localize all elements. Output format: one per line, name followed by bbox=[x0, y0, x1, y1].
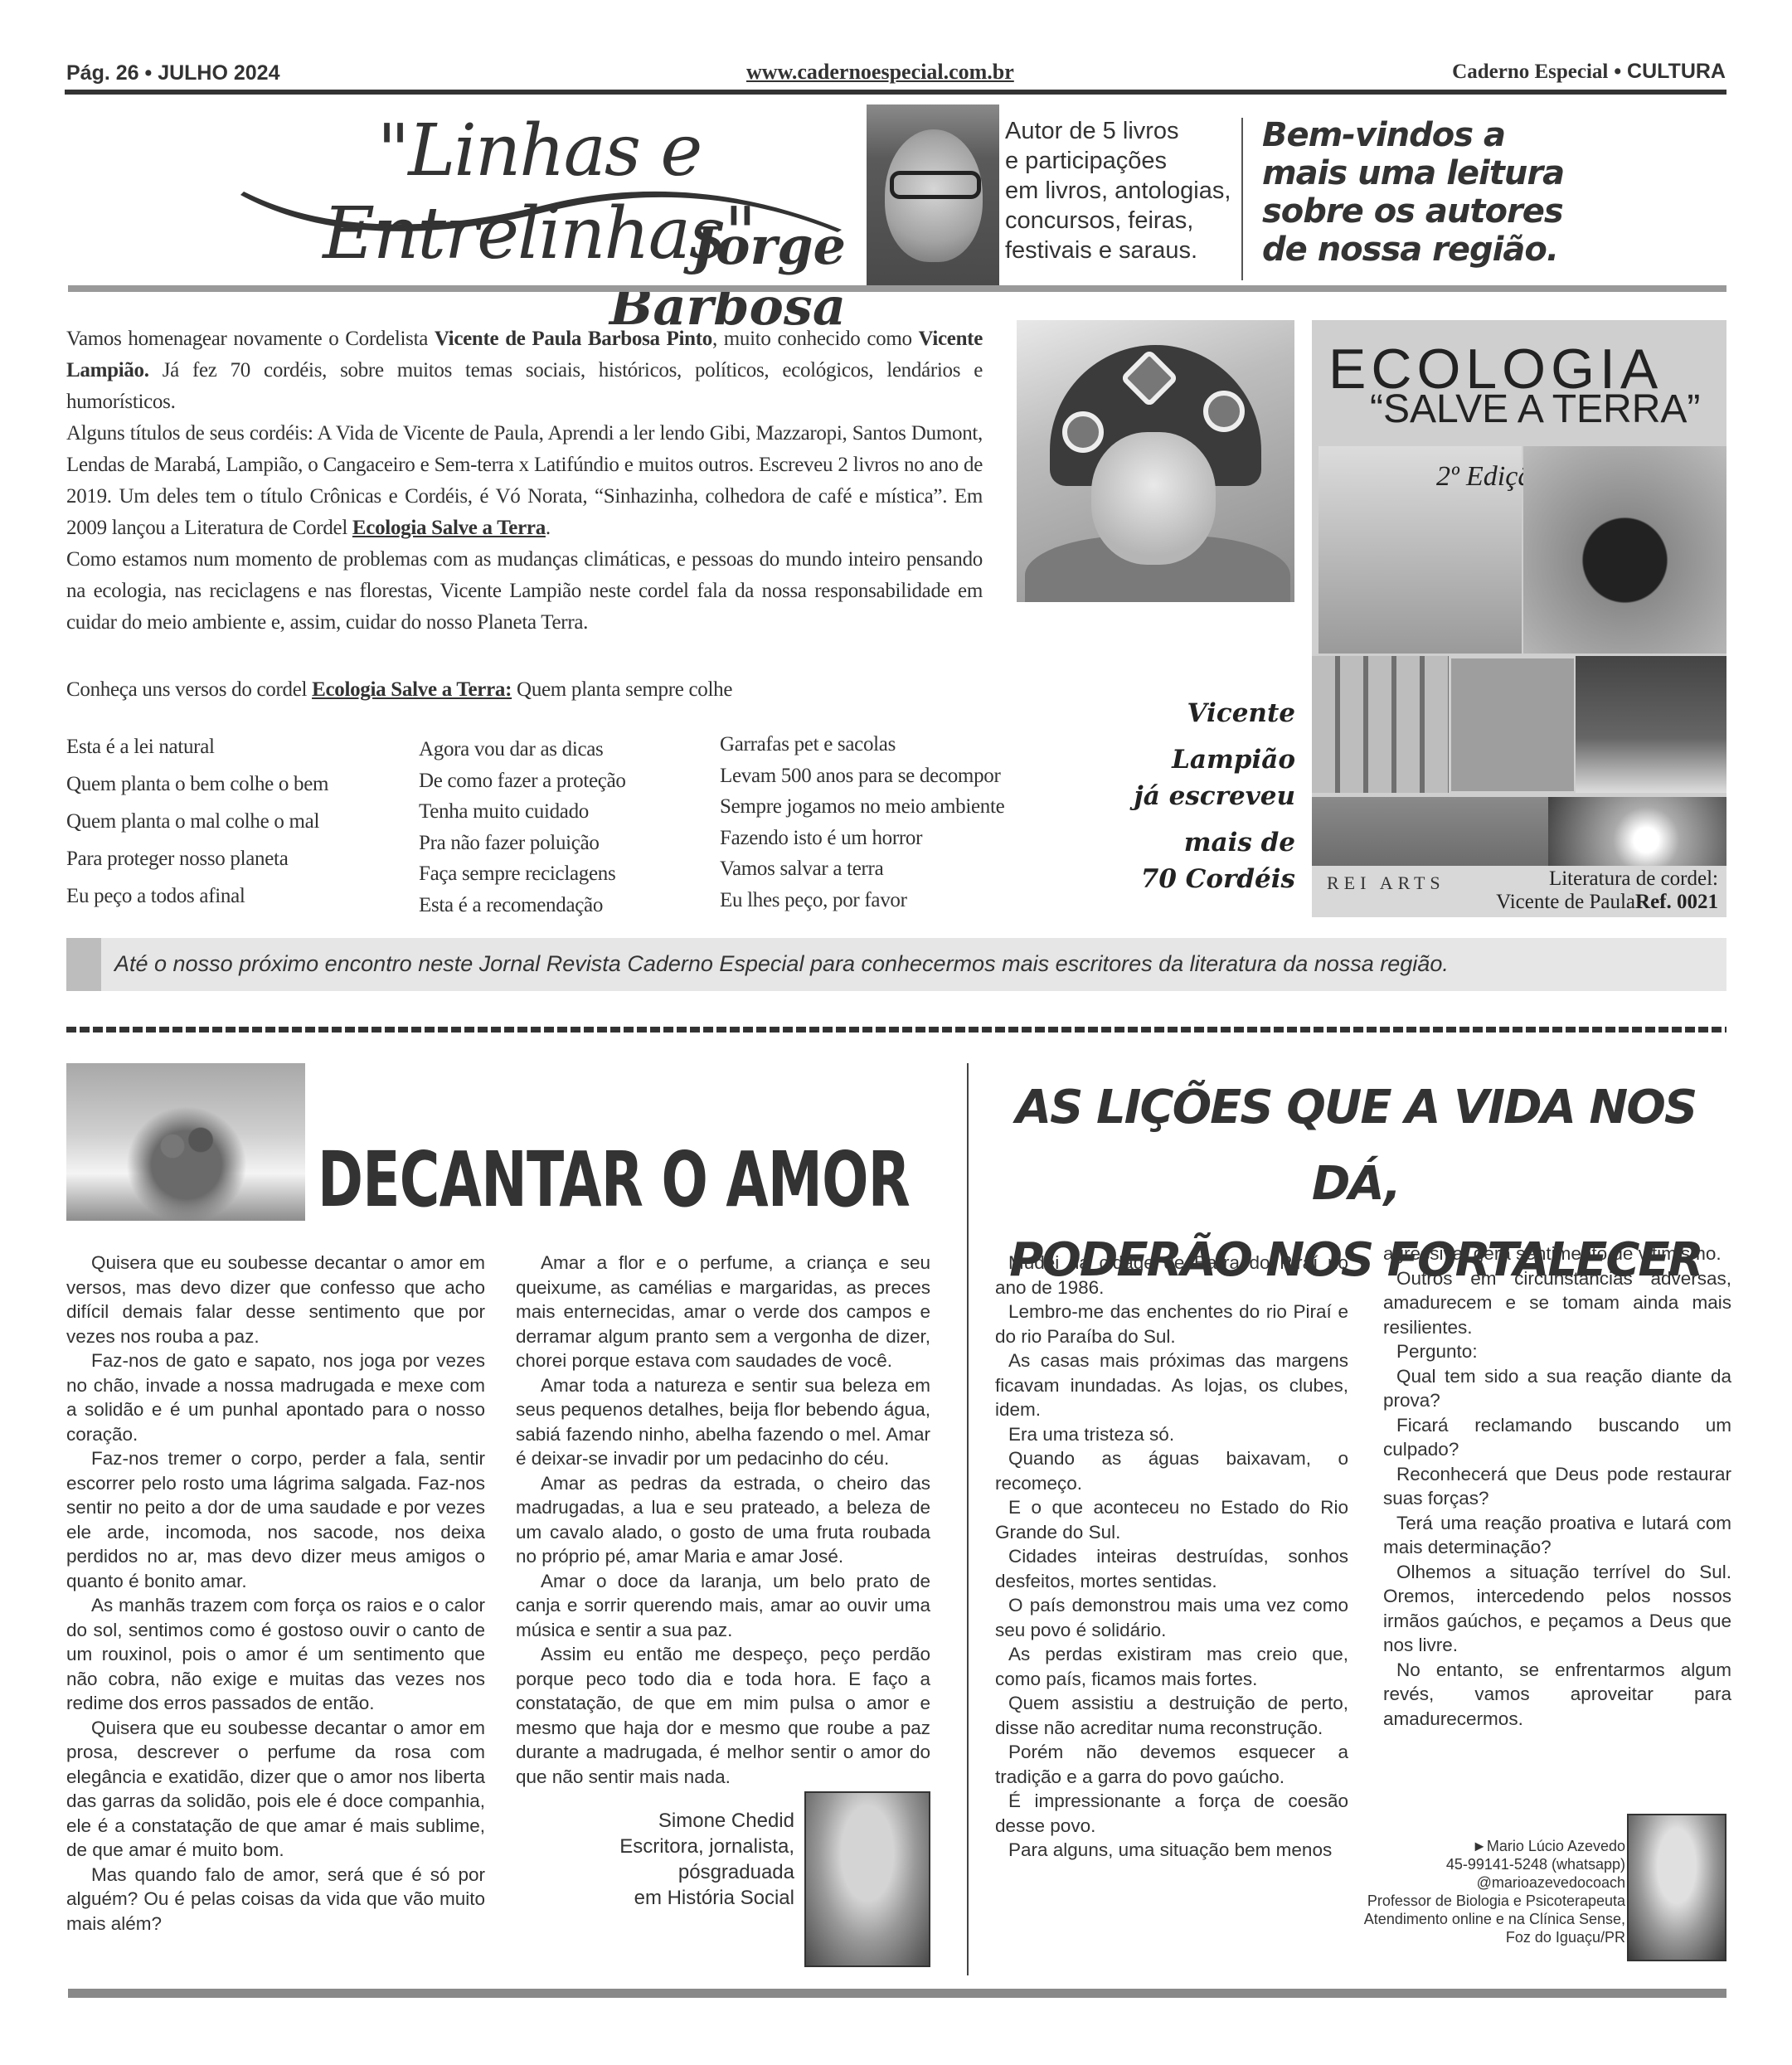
flowers-book-image bbox=[66, 1063, 305, 1221]
article-column: agressiva, gera sentimento de vitimismo.… bbox=[1383, 1241, 1731, 1731]
divider bbox=[1241, 118, 1243, 280]
intro-paragraph: Alguns títulos de seus cordéis: A Vida d… bbox=[66, 418, 983, 544]
page-date: Pág. 26 • JULHO 2024 bbox=[66, 61, 279, 85]
author-signature: ►Mario Lúcio Azevedo45-99141-5248 (whats… bbox=[1343, 1837, 1625, 1946]
article-column: Amar a flor e o perfume, a criança e seu… bbox=[516, 1251, 930, 1789]
brand-name: Caderno Especial bbox=[1452, 61, 1608, 83]
intro-paragraph: Vamos homenagear novamente o Cordelista … bbox=[66, 323, 983, 418]
section-name: CULTURA bbox=[1627, 60, 1726, 83]
dashed-separator bbox=[66, 1027, 1726, 1032]
column-divider bbox=[967, 1063, 969, 1975]
welcome-message: Bem-vindos a mais uma leitura sobre os a… bbox=[1262, 116, 1564, 269]
bottom-rule bbox=[68, 1989, 1726, 1998]
author-photo bbox=[1627, 1814, 1726, 1961]
verse-column-2: Agora vou dar as dicasDe como fazer a pr… bbox=[419, 738, 626, 925]
section-rule bbox=[68, 285, 1726, 292]
author-photo bbox=[867, 104, 999, 285]
top-rule bbox=[65, 90, 1726, 95]
verse-column-3: Garrafas pet e sacolasLevam 500 anos par… bbox=[720, 733, 1004, 920]
pull-quote: Vicente Lampião já escreveu mais de 70 C… bbox=[1111, 695, 1295, 897]
section-label: Caderno Especial • CULTURA bbox=[1452, 60, 1726, 84]
publisher-logo: REI ARTS bbox=[1327, 872, 1445, 894]
column-author: Jorge Barbosa bbox=[464, 216, 846, 337]
intro-paragraph: Como estamos num momento de problemas co… bbox=[66, 544, 983, 639]
author-bio: Autor de 5 livros e participações em liv… bbox=[1005, 116, 1231, 265]
article-column: Quisera que eu soubesse decantar o amor … bbox=[66, 1251, 485, 1936]
separator: • bbox=[1608, 60, 1627, 83]
accent-bar bbox=[66, 938, 101, 991]
verses-intro: Conheça uns versos do cordel Ecologia Sa… bbox=[66, 678, 732, 702]
cordel-title-link: Ecologia Salve a Terra bbox=[352, 517, 546, 539]
author-photo bbox=[804, 1791, 930, 1967]
article-column: Mudei da cidade de Barra do Piraí no ano… bbox=[995, 1251, 1348, 1863]
verse-column-1: Esta é a lei naturalQuem planta o bem co… bbox=[66, 736, 328, 922]
cordel-title-link: Ecologia Salve a Terra: bbox=[312, 678, 512, 701]
article-title: DECANTAR O AMOR bbox=[318, 1140, 910, 1220]
intro-text: Vamos homenagear novamente o Cordelista … bbox=[66, 323, 983, 639]
website-link[interactable]: www.cadernoespecial.com.br bbox=[746, 60, 1014, 85]
vicente-photo bbox=[1017, 320, 1294, 602]
farewell-box: Até o nosso próximo encontro neste Jorna… bbox=[66, 938, 1726, 991]
author-signature: Simone ChedidEscritora, jornalista,pósgr… bbox=[580, 1808, 794, 1911]
cordel-cover-image: ECOLOGIA “SALVE A TERRA” 2º Edição BIG B… bbox=[1312, 320, 1726, 917]
